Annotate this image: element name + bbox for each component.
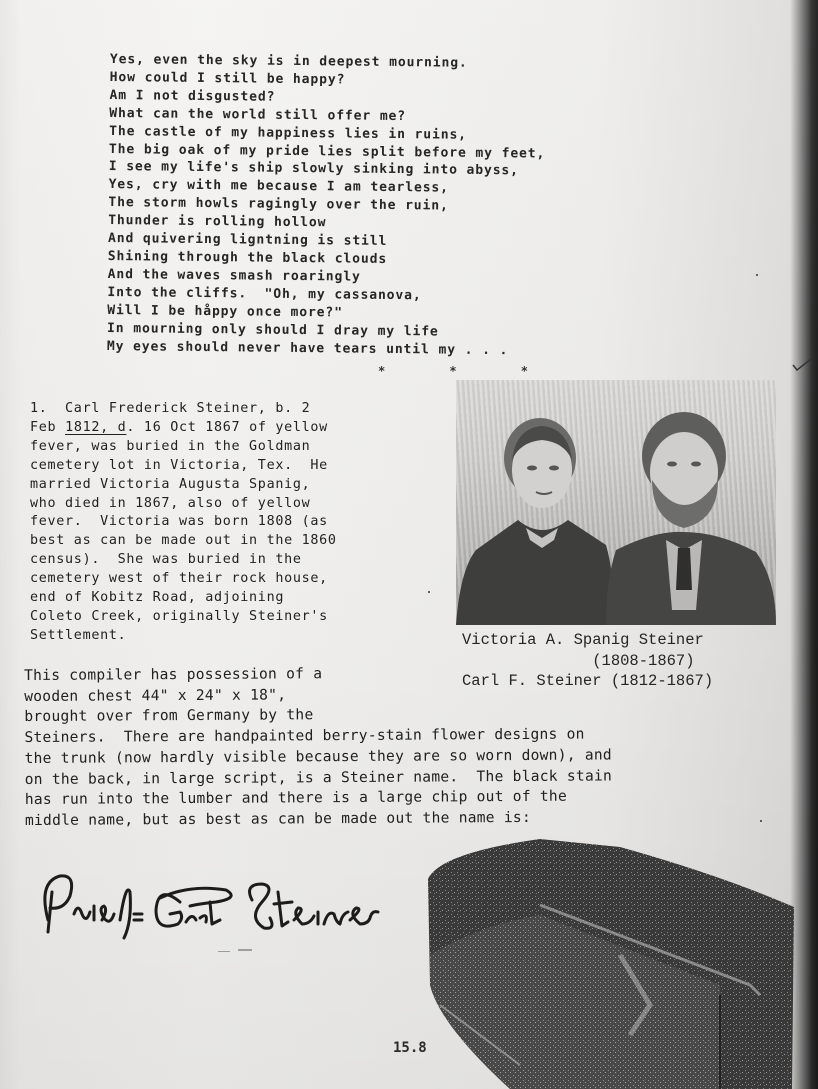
chest-paragraph-line: the trunk (now hardly visible because th… bbox=[25, 745, 612, 769]
paper-speck bbox=[756, 274, 758, 276]
poem-block: Yes, even the sky is in deepest mourning… bbox=[107, 51, 547, 360]
bio-line: Settlement. bbox=[30, 627, 460, 646]
bio-line: fever, was buried in the Goldman bbox=[30, 438, 460, 457]
separator-star: * bbox=[521, 364, 528, 378]
bio-line: cemetery west of their rock house, bbox=[30, 570, 460, 589]
chest-paragraph-line: middle name, but as best as can be made … bbox=[25, 807, 612, 831]
checkmark-icon bbox=[792, 356, 812, 372]
bio-line: best as can be made out in the 1860 bbox=[30, 532, 460, 551]
bio-text: Feb bbox=[30, 420, 65, 435]
chest-paragraph: This compiler has possession of awooden … bbox=[24, 662, 612, 831]
bio-line: fever. Victoria was born 1808 (as bbox=[30, 513, 460, 532]
separator-star: * bbox=[449, 364, 456, 378]
poem-line: My eyes should never have tears until my… bbox=[107, 337, 544, 359]
underlined-birth-year: 1812, d bbox=[65, 420, 126, 435]
caption-line: Victoria A. Spanig Steiner bbox=[462, 630, 713, 651]
wooden-chest-image bbox=[420, 835, 800, 1089]
bio-line: cemetery lot in Victoria, Tex. He bbox=[30, 457, 460, 476]
paper-speck bbox=[428, 591, 430, 593]
bio-line: Coleto Creek, originally Steiner's bbox=[30, 608, 460, 627]
bio-line: end of Kobitz Road, adjoining bbox=[30, 589, 460, 608]
bio-line: who died in 1867, also of yellow bbox=[30, 495, 460, 514]
page-number: 15.8 bbox=[393, 1040, 427, 1056]
bio-line: census). She was buried in the bbox=[30, 551, 460, 570]
steiner-signature bbox=[30, 862, 380, 952]
portrait-figures bbox=[456, 380, 776, 625]
bio-text: . 16 Oct 1867 of yellow bbox=[126, 420, 328, 435]
bio-line: 1. Carl Frederick Steiner, b. 2 bbox=[30, 400, 460, 419]
paper-speck bbox=[760, 820, 762, 822]
bio-line: Feb 1812, d. 16 Oct 1867 of yellow bbox=[30, 419, 460, 438]
biography-paragraph: 1. Carl Frederick Steiner, b. 2 Feb 1812… bbox=[30, 400, 460, 646]
bio-line: married Victoria Augusta Spanig, bbox=[30, 476, 460, 495]
section-separator: * * * bbox=[378, 364, 528, 378]
portrait-photo bbox=[456, 380, 776, 625]
separator-star: * bbox=[378, 364, 385, 378]
